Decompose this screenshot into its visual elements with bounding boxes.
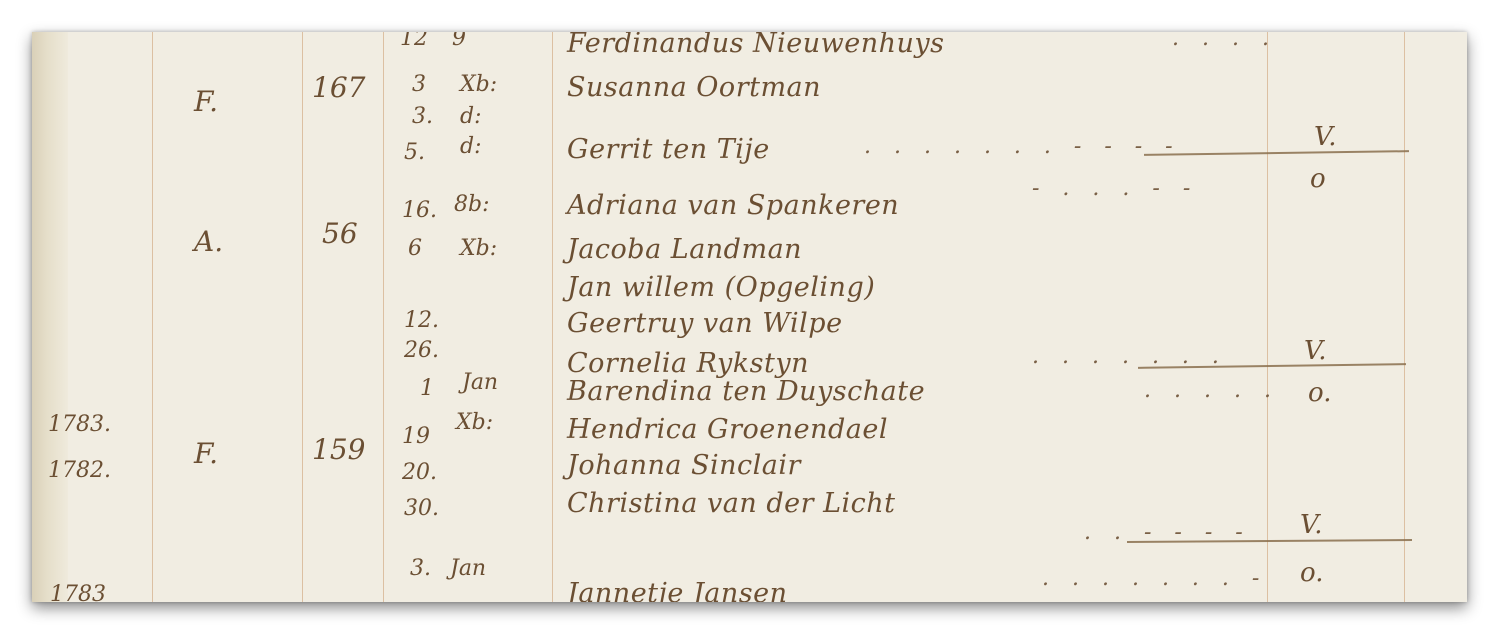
entry-dots: . . . . . [1144, 380, 1279, 402]
register-page: 1783. 1782. 1783 F. A. F. 167 56 159 12 … [32, 32, 1467, 602]
entry-month: 8b: [454, 194, 490, 216]
entry-name: Ferdinandus Nieuwenhuys [567, 32, 945, 57]
entry-name: Cornelia Rykstyn [567, 350, 809, 377]
entry-month: Xb: [456, 412, 493, 434]
entry-mark: o. [1300, 560, 1323, 586]
entry-dots: . . . . . . . - [1042, 568, 1267, 590]
entry-day: 6 [408, 238, 422, 260]
entry-day: 20. [402, 462, 437, 484]
entry-day: 12 [400, 32, 428, 50]
margin-year: 1782. [48, 460, 111, 482]
entry-month: Xb: [460, 238, 497, 260]
column-rule-5 [1267, 32, 1268, 602]
column-rule-4 [552, 32, 553, 602]
page-binding-edge [32, 32, 68, 602]
entry-mark: o. [1308, 380, 1331, 406]
entry-month: Jan [462, 372, 498, 394]
entry-dots: . . . . [1172, 32, 1277, 50]
entry-mark: o [1310, 166, 1326, 192]
register-number: 159 [312, 436, 365, 464]
entry-name: Gerrit ten Tije [567, 136, 770, 163]
entry-day: 12. [404, 310, 439, 332]
total-rule-1 [1144, 150, 1409, 156]
entry-month: 9 [452, 32, 466, 50]
register-number: 167 [312, 74, 365, 102]
entry-day: 16. [402, 200, 437, 222]
entry-name: Jacoba Landman [567, 236, 802, 263]
entry-day: 3. [410, 558, 431, 580]
entry-mark: V. [1304, 338, 1327, 364]
entry-name: Adriana van Spankeren [567, 192, 899, 219]
entry-month: d: [460, 106, 482, 128]
entry-day: 5. [404, 142, 425, 164]
entry-dots: . . . . . . . [1032, 346, 1227, 368]
entry-month: Xb: [460, 74, 497, 96]
entry-day: 26. [404, 340, 439, 362]
entry-day: 1 [420, 378, 434, 400]
entry-mark: V. [1314, 124, 1337, 150]
entry-name: Susanna Oortman [567, 74, 821, 101]
entry-name: Barendina ten Duyschate [567, 378, 925, 405]
entry-name: Jannetje Jansen [567, 580, 788, 602]
column-rule-6 [1404, 32, 1405, 602]
column-rule-2 [302, 32, 303, 602]
entry-dots: . . . . . . . - - - - [864, 136, 1181, 158]
entry-month: d: [460, 136, 482, 158]
entry-name: Geertruy van Wilpe [567, 310, 843, 337]
entry-name: Hendrica Groenendael [567, 416, 888, 443]
entry-name: Christina van der Licht [567, 490, 896, 517]
document-viewer: 1783. 1782. 1783 F. A. F. 167 56 159 12 … [0, 0, 1499, 634]
register-letter: F. [194, 88, 218, 116]
entry-name: Jan willem (Opgeling) [567, 274, 875, 301]
entry-day: 3. [412, 106, 433, 128]
register-letter: A. [194, 228, 223, 256]
entry-dots: - . . . - - [1032, 178, 1198, 200]
entry-dots: . . - - - - [1084, 522, 1251, 544]
entry-mark: V. [1300, 512, 1323, 538]
entry-name: Johanna Sinclair [567, 452, 801, 479]
entry-day: 3 [412, 74, 426, 96]
column-rule-3 [383, 32, 384, 602]
register-number: 56 [322, 220, 358, 248]
margin-year: 1783 [50, 584, 106, 602]
column-rule-1 [152, 32, 153, 602]
entry-month: Jan [450, 558, 486, 580]
entry-day: 19 [402, 426, 430, 448]
entry-day: 30. [404, 498, 439, 520]
register-letter: F. [194, 440, 218, 468]
margin-year: 1783. [48, 414, 111, 436]
